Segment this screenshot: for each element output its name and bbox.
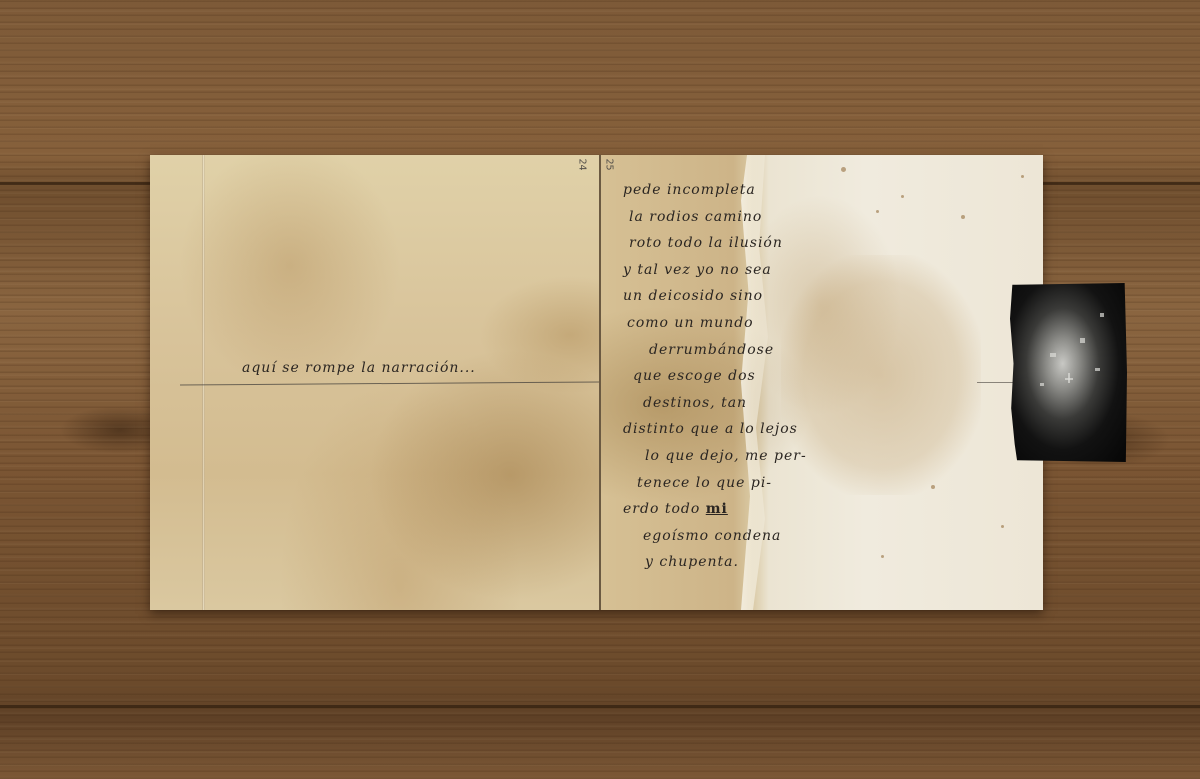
pencil-line (180, 382, 600, 386)
poem-line: egoísmo condena (623, 523, 853, 550)
torn-photograph (1010, 283, 1127, 462)
poem-line: distinto que a lo lejos (623, 416, 853, 443)
poem-line: un deicosido sino (623, 283, 853, 310)
poem-line: y chupenta. (623, 549, 853, 576)
photo-speck (1100, 313, 1104, 317)
poem-line: como un mundo (623, 310, 853, 337)
left-page: 24 aquí se rompe la narración... (150, 155, 600, 610)
photo-speck (1040, 383, 1044, 386)
poem-line: tenece lo que pi- (623, 470, 853, 497)
poem-line: que escoge dos (623, 363, 853, 390)
emphasized-word: mi (706, 501, 728, 517)
ink-spot (1021, 175, 1024, 178)
poem-line: pede incompleta (623, 177, 853, 204)
open-book: 24 aquí se rompe la narración... 25 pede… (150, 155, 1043, 610)
poem-line: derrumbándose (623, 337, 853, 364)
poem-line: erdo todo mi (623, 496, 853, 523)
photo-speck (1050, 353, 1056, 357)
page-number-left: 24 (577, 158, 588, 170)
ink-spot (1001, 525, 1004, 528)
poem-line: lo que dejo, me per- (623, 443, 853, 470)
photo-speck (1095, 368, 1100, 371)
photo-speck (1068, 373, 1070, 383)
poem-line: destinos, tan (623, 390, 853, 417)
ink-spot (901, 195, 904, 198)
ink-spot (881, 555, 884, 558)
poem-line: roto todo la ilusión (623, 230, 853, 257)
ink-spot (961, 215, 965, 219)
wood-plank-seam-bottom (0, 705, 1200, 708)
ink-spot (876, 210, 879, 213)
left-page-fold (202, 155, 205, 610)
poem-line: y tal vez yo no sea (623, 257, 853, 284)
page-number-right: 25 (604, 158, 615, 170)
poem-line-text: erdo todo (623, 501, 700, 517)
handwritten-note: aquí se rompe la narración... (242, 360, 476, 376)
handwritten-poem: pede incompleta la rodios camino roto to… (623, 177, 853, 576)
ink-spot (841, 167, 846, 172)
poem-line: la rodios camino (623, 204, 853, 231)
ink-spot (931, 485, 935, 489)
right-page: 25 pede incompleta la rodios camino roto… (601, 155, 1043, 610)
photo-speck (1080, 338, 1085, 343)
